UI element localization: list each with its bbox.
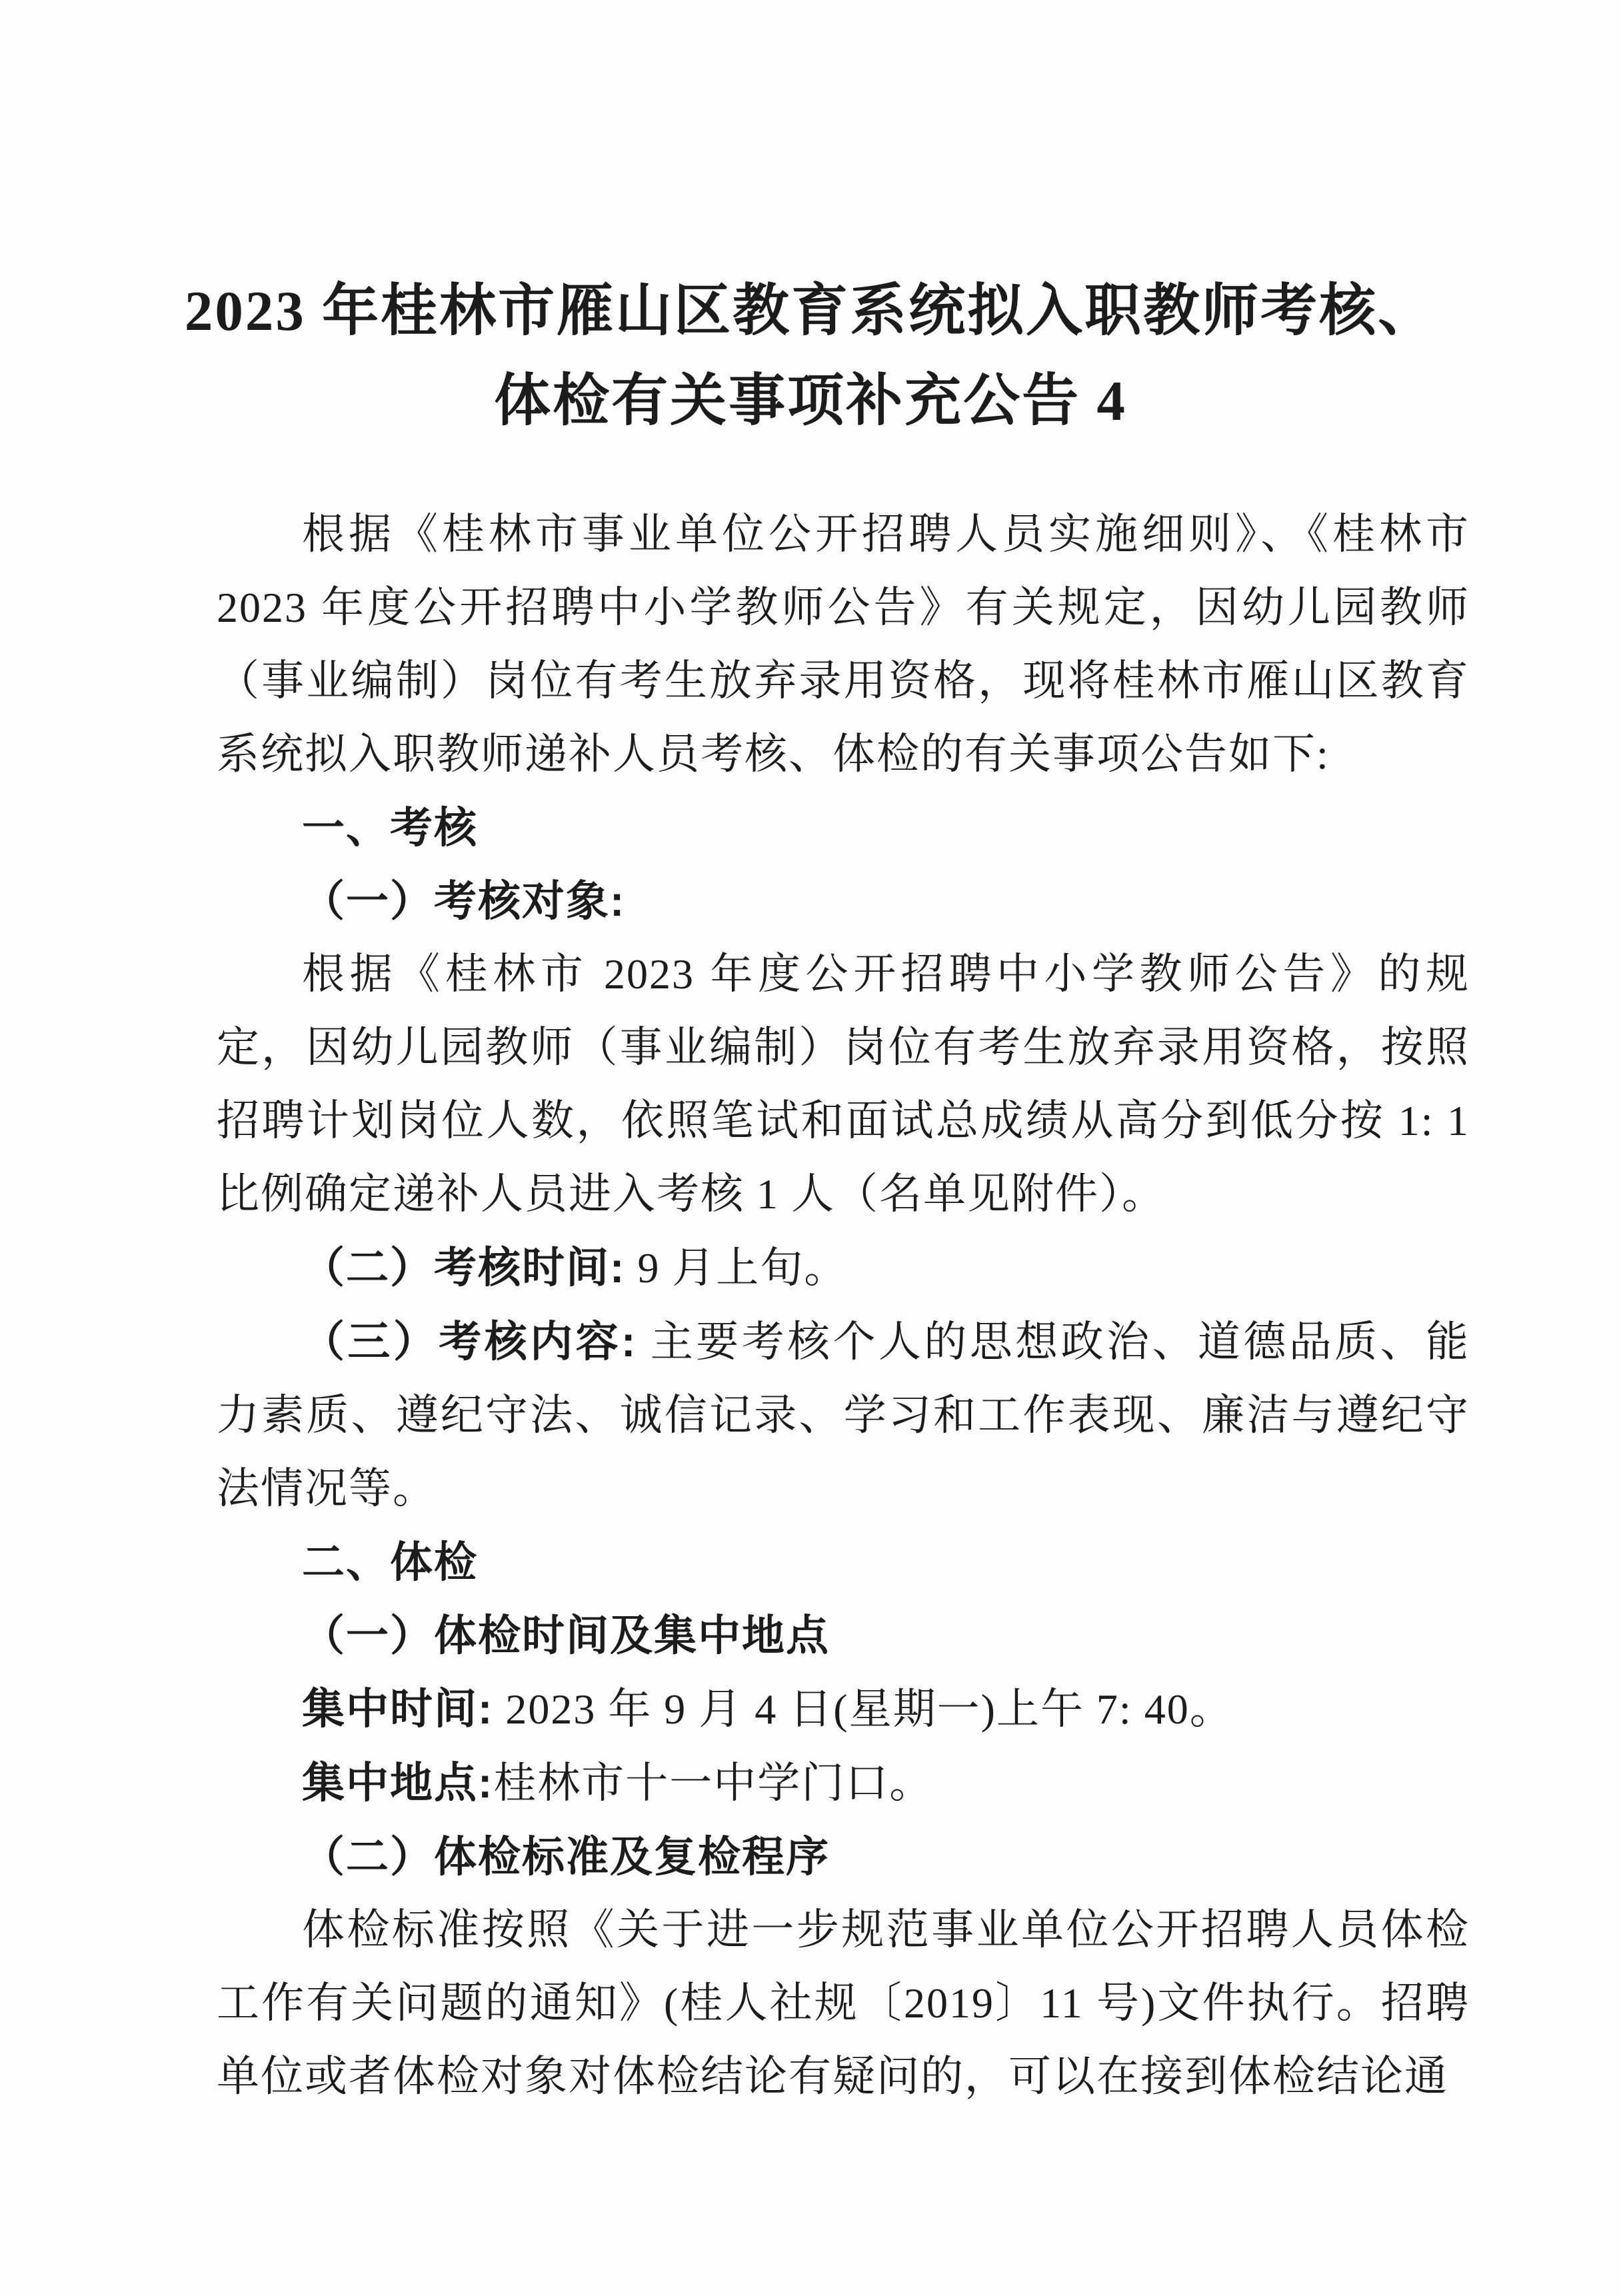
- assessment-time-label: （二）考核时间:: [302, 1244, 625, 1292]
- gather-time-text: 2023 年 9 月 4 日(星期一)上午 7: 40。: [493, 1686, 1233, 1733]
- intro-paragraph: 根据《桂林市事业单位公开招聘人员实施细则》、《桂林市 2023 年度公开招聘中小…: [217, 498, 1470, 791]
- gather-place-line: 集中地点:桂林市十一中学门口。: [217, 1746, 1470, 1820]
- document-body: 根据《桂林市事业单位公开招聘人员实施细则》、《桂林市 2023 年度公开招聘中小…: [217, 498, 1470, 2113]
- section-1-1-heading: （一）考核对象:: [217, 864, 1470, 938]
- document-title-line1: 2023 年桂林市雁山区教育系统拟入职教师考核、: [0, 267, 1621, 357]
- section-2-1-heading: （一）体检时间及集中地点: [217, 1599, 1470, 1672]
- gather-place-text: 桂林市十一中学门口。: [493, 1759, 933, 1807]
- assessment-target-paragraph: 根据《桂林市 2023 年度公开招聘中小学教师公告》的规定，因幼儿园教师（事业编…: [217, 938, 1470, 1231]
- section-1-heading: 一、考核: [217, 791, 1470, 864]
- document-title: 2023 年桂林市雁山区教育系统拟入职教师考核、 体检有关事项补充公告 4: [0, 0, 1621, 447]
- gather-time-label: 集中时间:: [302, 1685, 493, 1733]
- physical-exam-standard-paragraph: 体检标准按照《关于进一步规范事业单位公开招聘人员体检工作有关问题的通知》(桂人社…: [217, 1893, 1470, 2113]
- section-2-heading: 二、体检: [217, 1526, 1470, 1599]
- assessment-time-text: 9 月上旬。: [625, 1244, 848, 1292]
- document-page: 2023 年桂林市雁山区教育系统拟入职教师考核、 体检有关事项补充公告 4 根据…: [0, 0, 1621, 2296]
- assessment-content-label: （三）考核内容:: [302, 1318, 637, 1366]
- assessment-time-line: （二）考核时间: 9 月上旬。: [217, 1231, 1470, 1305]
- gather-place-label: 集中地点:: [302, 1759, 493, 1807]
- document-title-line2: 体检有关事项补充公告 4: [0, 357, 1621, 447]
- gather-time-line: 集中时间: 2023 年 9 月 4 日(星期一)上午 7: 40。: [217, 1672, 1470, 1746]
- section-2-2-heading: （二）体检标准及复检程序: [217, 1820, 1470, 1893]
- assessment-content-paragraph: （三）考核内容: 主要考核个人的思想政治、道德品质、能力素质、遵纪守法、诚信记录…: [217, 1305, 1470, 1526]
